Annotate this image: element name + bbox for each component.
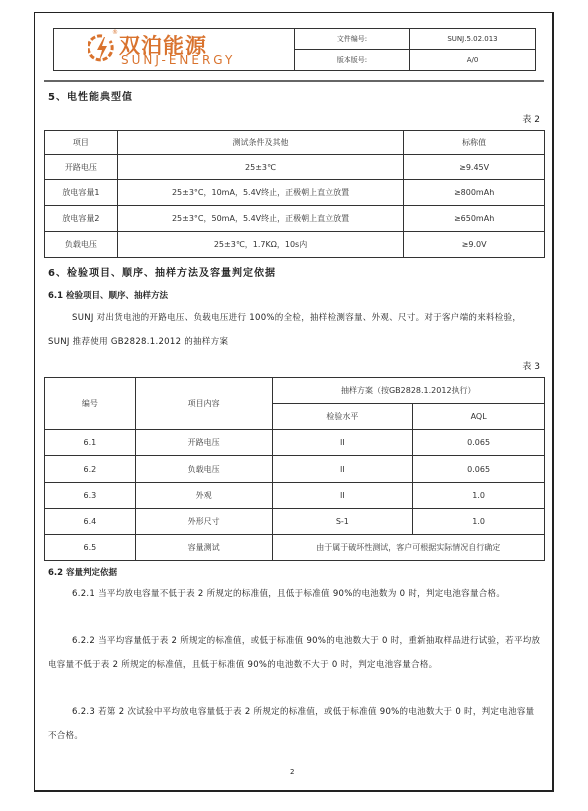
- version-label: 版本版号:: [295, 50, 409, 70]
- section-6-title: 6、检验项目、顺序、抽样方法及容量判定依据: [48, 264, 276, 279]
- logo-english-name: SUNJ-ENERGY: [121, 53, 235, 67]
- value-cell: ≥650mAh: [404, 206, 545, 232]
- level-cell: II: [272, 430, 413, 456]
- number-cell: 6.4: [45, 509, 136, 535]
- paragraph-6-2-2: 6.2.2 当平均容量低于表 2 所规定的标准值，或低于标准值 90%的电池数大…: [48, 630, 542, 677]
- item-cell: 开路电压: [45, 155, 118, 180]
- level-cell: II: [272, 456, 413, 483]
- aql-cell: 1.0: [413, 509, 545, 535]
- header-rule: [44, 80, 544, 82]
- table-row: 6.1 开路电压 II 0.065: [45, 430, 545, 456]
- value-cell: ≥9.0V: [404, 232, 545, 258]
- header-group-cell: 抽样方案（按GB2828.1.2012执行）: [272, 378, 545, 404]
- number-cell: 6.5: [45, 535, 136, 561]
- section-5-title: 5、电性能典型值: [48, 88, 133, 103]
- condition-cell: 25±3°C，10mA，5.4V终止，正极朝上直立放置: [117, 180, 403, 206]
- registered-mark: ®: [112, 29, 118, 36]
- level-cell: S-1: [272, 509, 413, 535]
- table-header-row: 项目 测试条件及其他 标称值: [45, 131, 545, 155]
- company-logo: ® 双泊能源 SUNJ-ENERGY: [54, 29, 295, 70]
- table-row: 6.3 外观 II 1.0: [45, 483, 545, 509]
- item-cell: 负载电压: [45, 232, 118, 258]
- header-cell: 项目: [45, 131, 118, 155]
- header-cell: 检验水平: [272, 404, 413, 430]
- table-row: 6.2 负载电压 II 0.065: [45, 456, 545, 483]
- item-cell: 外形尺寸: [135, 509, 272, 535]
- condition-cell: 25±3℃，1.7KΩ，10s内: [117, 232, 403, 258]
- number-cell: 6.2: [45, 456, 136, 483]
- header-cell: 编号: [45, 378, 136, 430]
- lightning-logo-icon: [88, 33, 116, 67]
- table-header-row: 编号 项目内容 抽样方案（按GB2828.1.2012执行）: [45, 378, 545, 404]
- condition-cell: 25±3°C，50mA，5.4V终止，正极朝上直立放置: [117, 206, 403, 232]
- table-3-sampling-plan: 编号 项目内容 抽样方案（按GB2828.1.2012执行） 检验水平 AQL …: [44, 377, 545, 561]
- page-number: 2: [290, 768, 294, 776]
- item-cell: 外观: [135, 483, 272, 509]
- paragraph-text: 6.2.3 若第 2 次试验中平均放电容量低于表 2 所规定的标准值，或低于标准…: [48, 707, 534, 741]
- level-cell: II: [272, 483, 413, 509]
- header-cell: AQL: [413, 404, 545, 430]
- table-2-electrical-performance: 项目 测试条件及其他 标称值 开路电压 25±3℃ ≥9.45V 放电容量1 2…: [44, 130, 545, 258]
- table-row: 放电容量2 25±3°C，50mA，5.4V终止，正极朝上直立放置 ≥650mA…: [45, 206, 545, 232]
- table-row: 6.4 外形尺寸 S-1 1.0: [45, 509, 545, 535]
- header-cell: 测试条件及其他: [117, 131, 403, 155]
- document-header: ® 双泊能源 SUNJ-ENERGY 文件编号: SUNJ.5.02.013 版…: [53, 28, 536, 71]
- header-cell: 标称值: [404, 131, 545, 155]
- version-value: A/0: [410, 50, 535, 70]
- aql-cell: 0.065: [413, 430, 545, 456]
- doc-number-value: SUNJ.5.02.013: [410, 29, 535, 49]
- item-cell: 放电容量2: [45, 206, 118, 232]
- number-cell: 6.1: [45, 430, 136, 456]
- doc-number-label: 文件编号:: [295, 29, 409, 49]
- item-cell: 容量测试: [135, 535, 272, 561]
- condition-cell: 25±3℃: [117, 155, 403, 180]
- section-6-1-paragraph: SUNJ 对出货电池的开路电压、负载电压进行 100%的全检，抽样检测容量、外观…: [48, 307, 542, 354]
- section-6-1-title: 6.1 检验项目、顺序、抽样方法: [48, 289, 168, 301]
- table-row: 开路电压 25±3℃ ≥9.45V: [45, 155, 545, 180]
- paragraph-text: 6.2.2 当平均容量低于表 2 所规定的标准值，或低于标准值 90%的电池数大…: [48, 636, 540, 670]
- section-6-2-title: 6.2 容量判定依据: [48, 566, 117, 578]
- table-2-caption: 表 2: [522, 112, 540, 125]
- table-row: 放电容量1 25±3°C，10mA，5.4V终止，正极朝上直立放置 ≥800mA…: [45, 180, 545, 206]
- table-row: 6.5 容量测试 由于属于破坏性测试，客户可根据实际情况自行确定: [45, 535, 545, 561]
- table-row: 负载电压 25±3℃，1.7KΩ，10s内 ≥9.0V: [45, 232, 545, 258]
- aql-cell: 0.065: [413, 456, 545, 483]
- item-cell: 开路电压: [135, 430, 272, 456]
- number-cell: 6.3: [45, 483, 136, 509]
- item-cell: 负载电压: [135, 456, 272, 483]
- paragraph-text: 6.2.1 当平均放电容量不低于表 2 所规定的标准值，且低于标准值 90%的电…: [72, 589, 505, 599]
- aql-cell: 1.0: [413, 483, 545, 509]
- paragraph-6-2-1: 6.2.1 当平均放电容量不低于表 2 所规定的标准值，且低于标准值 90%的电…: [48, 583, 542, 607]
- note-cell: 由于属于破坏性测试，客户可根据实际情况自行确定: [272, 535, 545, 561]
- header-cell: 项目内容: [135, 378, 272, 430]
- item-cell: 放电容量1: [45, 180, 118, 206]
- value-cell: ≥800mAh: [404, 180, 545, 206]
- table-3-caption: 表 3: [522, 359, 540, 372]
- paragraph-text: SUNJ 对出货电池的开路电压、负载电压进行 100%的全检，抽样检测容量、外观…: [48, 313, 521, 347]
- value-cell: ≥9.45V: [404, 155, 545, 180]
- paragraph-6-2-3: 6.2.3 若第 2 次试验中平均放电容量低于表 2 所规定的标准值，或低于标准…: [48, 701, 542, 748]
